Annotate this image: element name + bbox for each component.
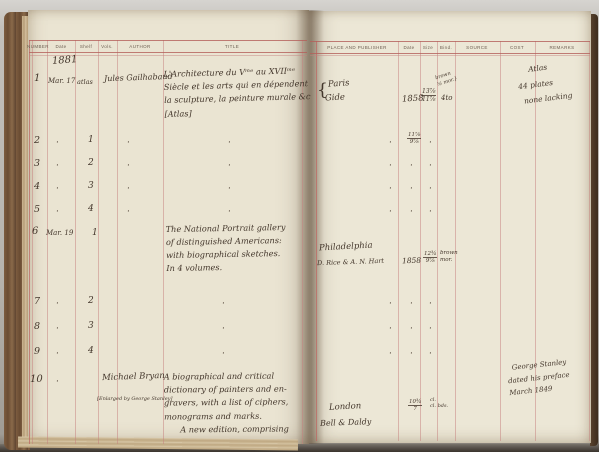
ruled-line: [398, 41, 399, 441]
ditto-mark: ·: [389, 300, 392, 309]
ditto-mark: ·: [410, 325, 413, 334]
entry-volume: 4: [88, 204, 94, 214]
entry-title: The National Portrait gallery of disting…: [166, 221, 287, 275]
entry-size: 12¾ 9⅞: [423, 251, 437, 264]
entry-number: 5: [34, 204, 40, 215]
ledger-photograph: NUMBER Date Shelf Vols. AUTHOR TITLE PLA…: [0, 0, 599, 452]
entry-volume: 2: [88, 158, 94, 168]
ditto-mark: ·: [56, 378, 59, 387]
column-header-title: TITLE: [225, 44, 239, 49]
ruled-line: [117, 40, 118, 444]
entry-number: 6: [32, 226, 38, 237]
entry-number: 8: [34, 321, 40, 332]
ruled-line: [75, 40, 76, 444]
ditto-mark: ·: [56, 300, 59, 309]
ditto-mark: ·: [389, 325, 392, 334]
ruled-line: [500, 41, 501, 441]
ruled-line: [437, 41, 438, 441]
entry-binding: brown mor.: [440, 250, 458, 263]
ditto-mark: ·: [389, 208, 392, 217]
size-width: 11⅞: [421, 96, 436, 103]
column-header-size: Size: [423, 45, 433, 50]
title-line: dictionary of painters and en-: [164, 383, 289, 397]
column-header-bind: Bind.: [440, 45, 452, 50]
ditto-mark: ·: [56, 139, 59, 148]
ditto-mark: ·: [429, 325, 432, 334]
ditto-mark: ·: [389, 162, 392, 171]
size-height: 13⅞: [421, 88, 436, 96]
entry-place: London: [329, 401, 362, 413]
entry-number: 2: [34, 135, 40, 146]
ditto-mark: ·: [228, 162, 231, 171]
entry-publisher: Gide: [325, 92, 345, 103]
ditto-mark: ·: [389, 185, 392, 194]
entry-author-note: [Enlarged by George Stanley]: [97, 396, 172, 402]
ruled-line: [589, 41, 590, 441]
column-header-source: SOURCE: [466, 45, 488, 50]
ditto-mark: ·: [228, 139, 231, 148]
entry-binding: cl. cl. bds.: [430, 397, 448, 409]
entry-number: 1: [34, 73, 40, 84]
ditto-mark: ·: [410, 300, 413, 309]
ditto-mark: ·: [56, 208, 59, 217]
ditto-mark: ·: [429, 208, 432, 217]
entry-number: 9: [34, 346, 40, 357]
ditto-mark: ·: [127, 162, 130, 171]
ditto-mark: ·: [56, 162, 59, 171]
entry-title: A biographical and critical dictionary o…: [164, 369, 289, 436]
ditto-mark: ·: [410, 162, 413, 171]
entry-size: 10¾ 7: [408, 399, 422, 412]
entry-title: L'Architecture du Vᵐᵉ au XVIIᵐᵉ Siècle e…: [163, 64, 311, 121]
column-header-number: NUMBER: [27, 44, 49, 49]
ditto-mark: ·: [228, 208, 231, 217]
size-width: 7: [408, 406, 422, 412]
ditto-mark: ·: [429, 300, 432, 309]
title-line: In 4 volumes.: [166, 260, 286, 275]
entry-volume: 1: [92, 228, 98, 238]
ditto-mark: ·: [429, 162, 432, 171]
ruled-line: [310, 41, 590, 42]
entry-volume: 3: [88, 181, 94, 191]
entry-date: Mar. 19: [46, 229, 73, 237]
ditto-mark: ·: [56, 350, 59, 359]
title-line: with biographical sketches.: [166, 247, 286, 262]
ruled-line: [455, 41, 456, 441]
ruled-line: [316, 41, 317, 441]
entry-binding: 4to: [441, 94, 452, 102]
ditto-mark: ·: [389, 350, 392, 359]
binding-line: brown: [440, 250, 458, 257]
entry-place: Paris: [328, 78, 350, 89]
ditto-mark: ·: [127, 139, 130, 148]
entry-size: 11⅞ 9⅞: [407, 132, 421, 145]
title-line: A new edition, comprising: [164, 422, 289, 436]
column-header-author: AUTHOR: [129, 44, 150, 49]
ruled-line: [310, 55, 590, 56]
size-width: 9⅞: [407, 139, 421, 145]
size-width: 9⅞: [423, 258, 437, 264]
entry-volume: 1: [88, 135, 94, 145]
ditto-mark: ·: [389, 139, 392, 148]
ditto-mark: ·: [429, 185, 432, 194]
size-height: 10¾: [408, 399, 422, 406]
ditto-mark: ·: [429, 139, 432, 148]
entry-volume: 3: [88, 321, 94, 331]
binding-line: cl. bds.: [430, 403, 448, 409]
ruled-line: [98, 40, 99, 444]
size-height: 12¾: [423, 251, 437, 258]
ditto-mark: ·: [127, 208, 130, 217]
ditto-mark: ·: [222, 300, 225, 309]
ditto-mark: ·: [56, 185, 59, 194]
ruled-line: [310, 53, 590, 54]
entry-remarks: George Stanley dated his preface March 1…: [506, 356, 571, 400]
entry-number: 7: [34, 296, 40, 307]
column-header-date: Date: [55, 44, 66, 49]
binding-line: mor.: [440, 257, 458, 264]
column-header-place-publisher: PLACE AND PUBLISHER: [327, 45, 387, 50]
ruled-line: [29, 40, 307, 41]
ditto-mark: ·: [228, 185, 231, 194]
entry-volume: 2: [88, 296, 94, 306]
ditto-mark: ·: [222, 325, 225, 334]
entry-number: 3: [34, 158, 40, 169]
column-header-remarks: REMARKS: [549, 45, 574, 50]
entry-number: 4: [34, 181, 40, 192]
entry-date: Mar. 17: [48, 77, 75, 85]
column-header-shelf: Shelf: [80, 44, 92, 49]
title-line: gravers, with a list of ciphers,: [164, 396, 289, 410]
entry-pub-date: 1858: [402, 256, 421, 266]
column-header-pub-date: Date: [403, 45, 414, 50]
title-line: monograms and marks.: [164, 409, 289, 423]
entry-publisher: Bell & Daldy: [320, 417, 372, 428]
entry-volume: 4: [88, 346, 94, 356]
ditto-mark: ·: [410, 185, 413, 194]
ruled-line: [29, 52, 307, 53]
entry-number: 10: [30, 374, 43, 385]
ditto-mark: ·: [222, 350, 225, 359]
size-height: 11⅞: [407, 132, 421, 139]
entry-volume: atlas: [77, 78, 93, 86]
ditto-mark: ·: [429, 350, 432, 359]
entry-size: 13⅞ 11⅞: [421, 88, 436, 103]
entry-remarks: Atlas 44 plates none lacking: [515, 57, 573, 110]
ditto-mark: ·: [56, 325, 59, 334]
title-line: A biographical and critical: [164, 369, 289, 383]
year-heading: 1881: [52, 54, 78, 67]
ruled-line: [47, 40, 48, 444]
ditto-mark: ·: [410, 208, 413, 217]
ditto-mark: ·: [127, 185, 130, 194]
book-back-cover-edge: [590, 14, 598, 446]
ditto-mark: ·: [410, 350, 413, 359]
column-header-cost: COST: [510, 45, 524, 50]
column-header-vols: Vols.: [101, 44, 113, 49]
